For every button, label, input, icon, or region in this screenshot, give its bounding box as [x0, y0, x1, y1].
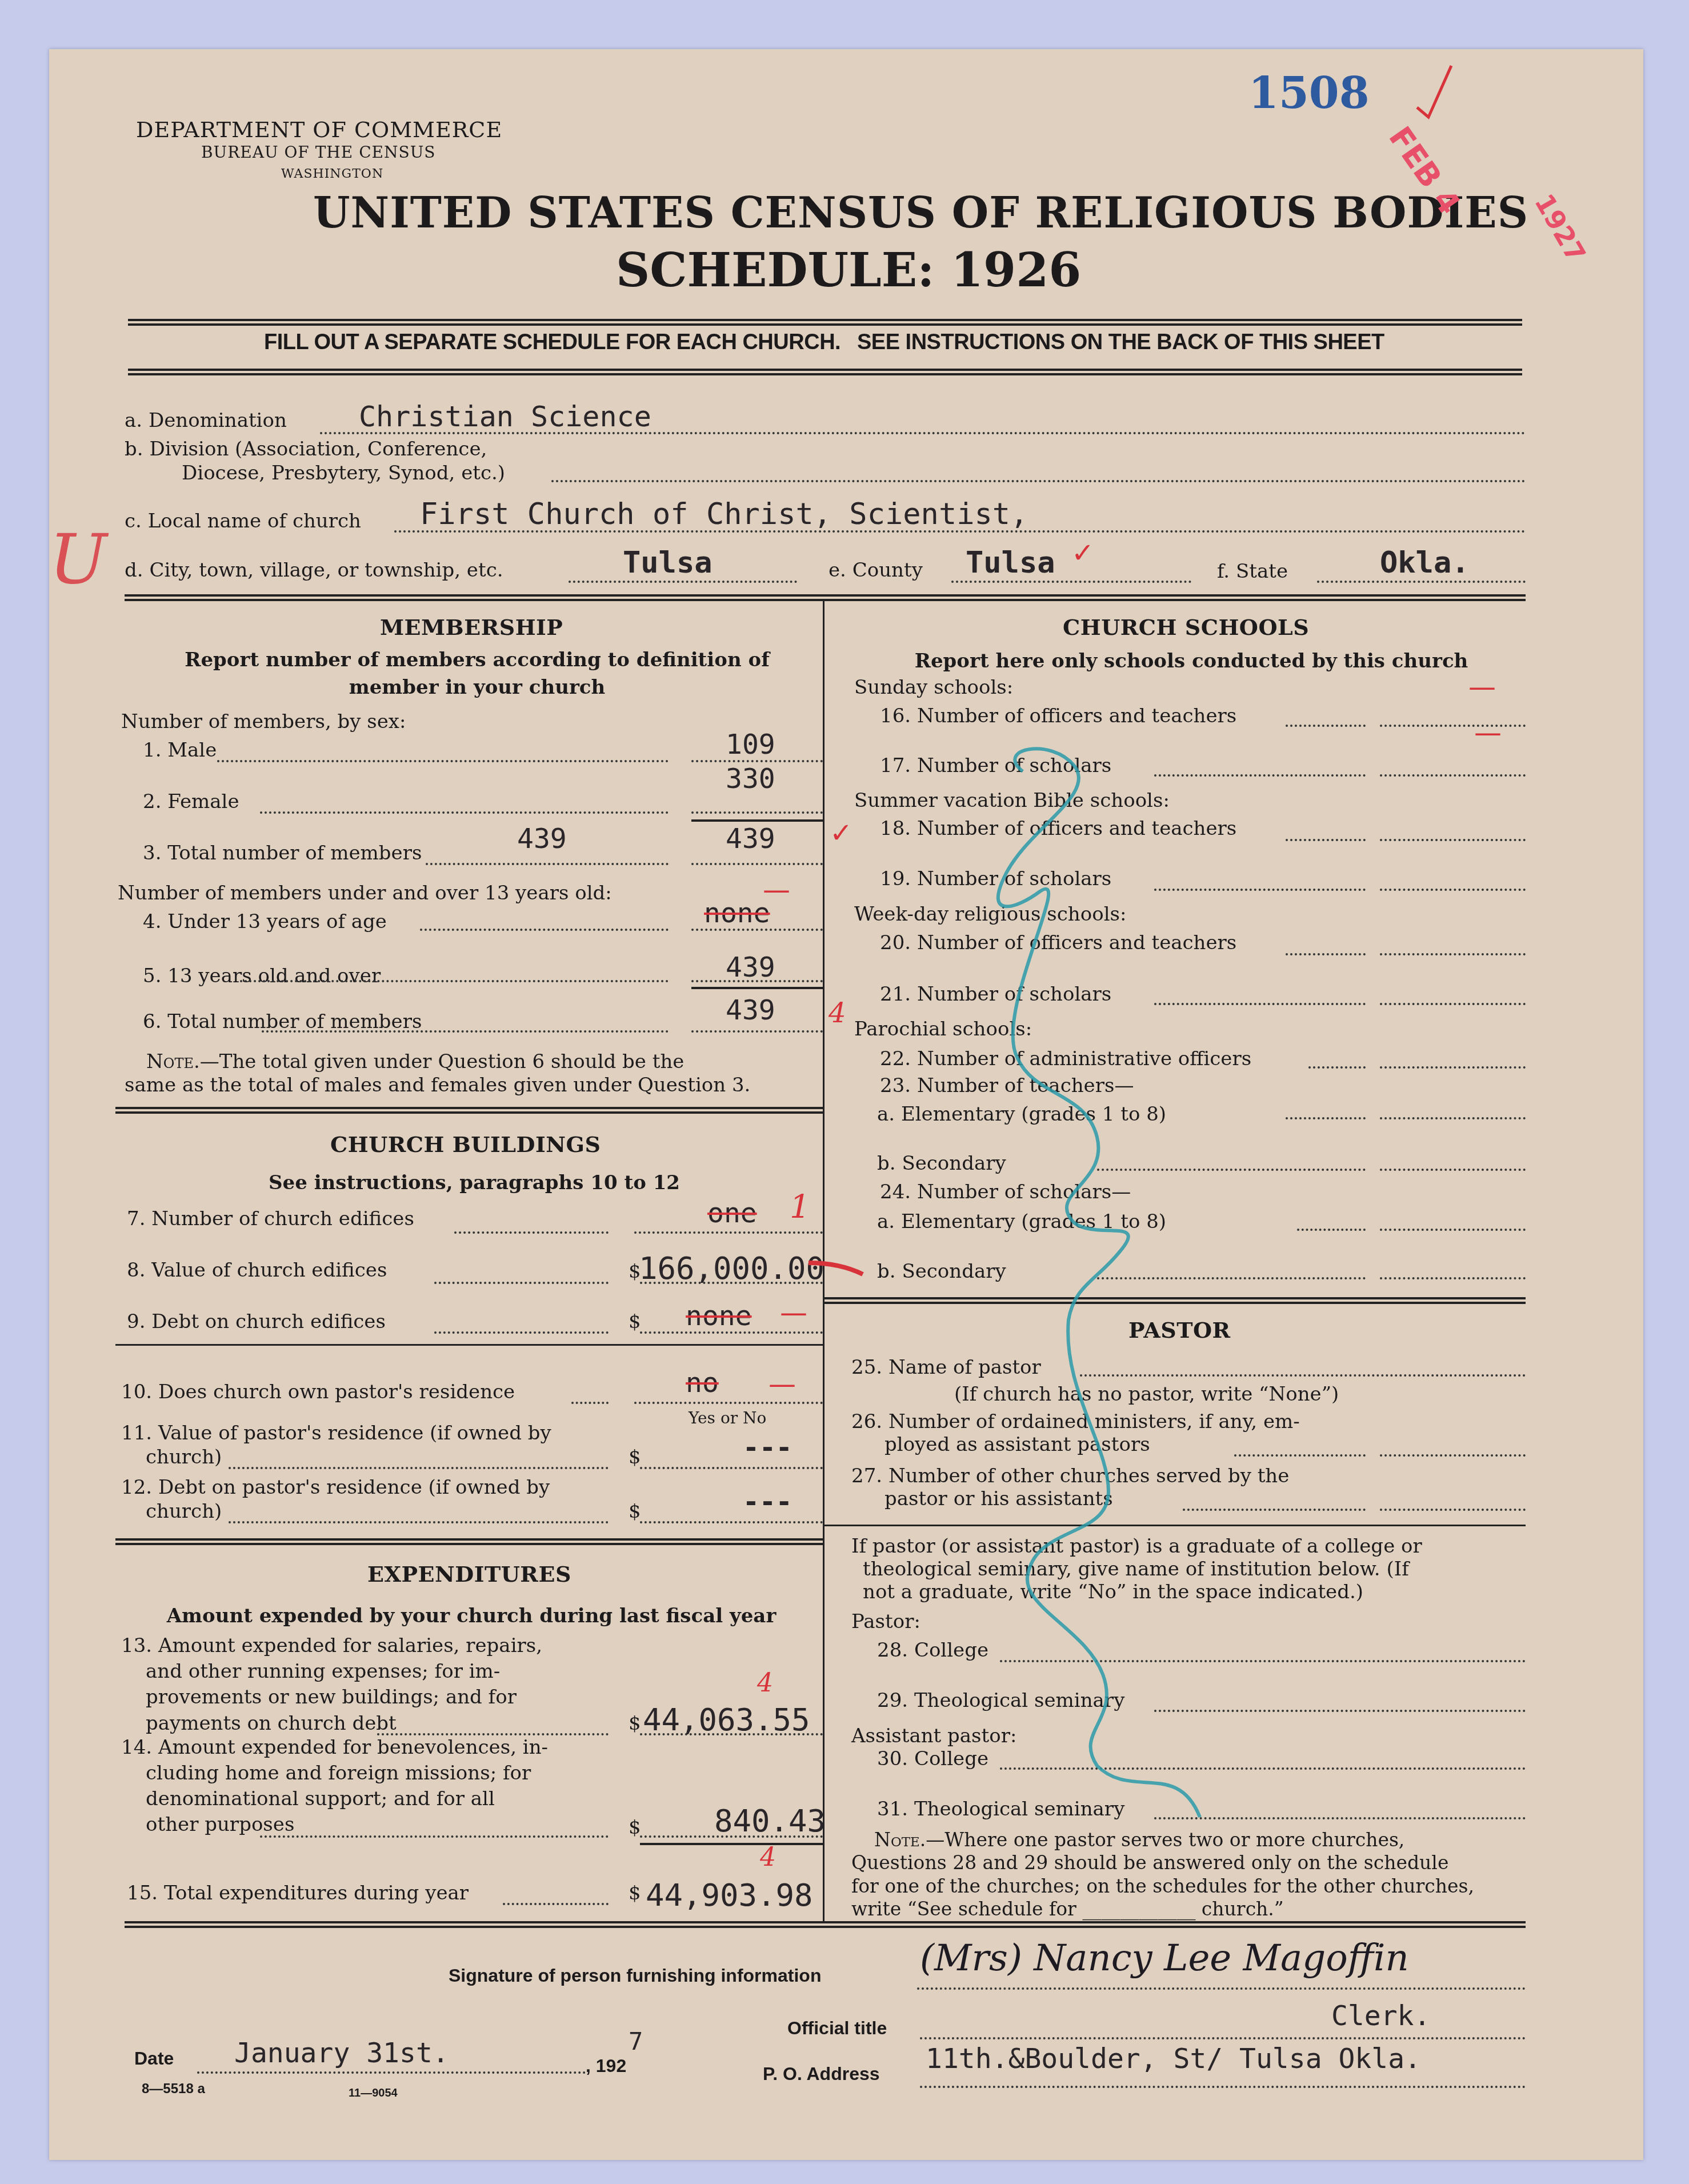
weekday-schools-label: Week-day religious schools:: [854, 904, 1126, 925]
county-check-icon: ✓: [1071, 537, 1094, 569]
assistant-college-label: 30. College: [877, 1749, 988, 1770]
expenditures-heading: EXPENDITURES: [367, 1561, 571, 1587]
banner-instruction-right: SEE INSTRUCTIONS ON THE BACK OF THIS SHE…: [857, 330, 1384, 355]
parochial-schools-label: Parochial schools:: [854, 1019, 1032, 1040]
graduate-instructions-2: theological seminary, give name of insti…: [863, 1559, 1409, 1580]
form-number: 8—5518 a: [142, 2081, 205, 2097]
parochial-teachers-label: 23. Number of teachers—: [880, 1075, 1134, 1097]
edifices-debt-dash-mark: —: [780, 1297, 807, 1329]
edifices-count-label: 7. Number of church edifices: [127, 1209, 414, 1230]
weekday-scholars-field[interactable]: [1380, 1003, 1526, 1005]
edifices-count-field[interactable]: one: [707, 1197, 757, 1229]
edifices-debt-field[interactable]: none: [686, 1300, 752, 1332]
assistant-seminary-label: 31. Theological seminary: [877, 1799, 1124, 1820]
graduate-instructions: If pastor (or assistant pastor) is a gra…: [851, 1536, 1422, 1557]
pastor-note-lead: Note.: [874, 1829, 926, 1851]
official-title-label: Official title: [787, 2018, 887, 2038]
membership-note: Note.—The total given under Question 6 s…: [125, 1050, 810, 1098]
address-label: P. O. Address: [763, 2064, 880, 2084]
assistant-ministers-leader: [1234, 1454, 1366, 1457]
total-expenditures-field[interactable]: 44,903.98: [646, 1877, 813, 1913]
summer-officers-label: 18. Number of officers and teachers: [880, 818, 1236, 839]
total-members-label: 3. Total number of members: [143, 843, 422, 864]
parochial-officers-field[interactable]: [1380, 1066, 1526, 1069]
year-prefix: , 192: [586, 2056, 626, 2076]
pastor-college-field[interactable]: [1000, 1660, 1526, 1662]
sunday-officers-leader: [1286, 725, 1366, 727]
signature-label: Signature of person furnishing informati…: [449, 1966, 821, 1986]
sunday-scholars-leader: [1154, 774, 1366, 777]
membership-heading: MEMBERSHIP: [380, 614, 563, 640]
scholars-secondary-label: b. Secondary: [877, 1261, 1006, 1282]
benevolences-field[interactable]: 840.43: [714, 1803, 826, 1839]
residence-value-leader: [229, 1467, 609, 1469]
over13-field[interactable]: 439: [726, 951, 775, 983]
sunday-scholars-dash-mark: —: [1474, 717, 1502, 749]
county-field-line: [951, 581, 1191, 583]
parochial-officers-leader: [1308, 1066, 1366, 1069]
residence-debt-field[interactable]: ---: [743, 1486, 793, 1518]
document-title: UNITED STATES CENSUS OF RELIGIOUS BODIES: [313, 189, 1528, 238]
county-label: e. County: [829, 560, 923, 581]
pastor-note-text-4: write “See schedule for ____________ chu…: [851, 1898, 1284, 1920]
banner-rule: [128, 369, 1522, 375]
buildings-rule: [115, 1538, 823, 1545]
residence-value-currency: $: [629, 1447, 641, 1468]
benevolences-currency: $: [629, 1817, 641, 1838]
buildings-heading: CHURCH BUILDINGS: [330, 1131, 601, 1157]
residence-own-field[interactable]: no: [686, 1367, 719, 1399]
pastor-college-label: 28. College: [877, 1640, 988, 1661]
pastor-note-text-2: Questions 28 and 29 should be answered o…: [851, 1851, 1448, 1874]
bureau-name: BUREAU OF THE CENSUS: [201, 143, 435, 162]
margin-mark-u: U: [49, 520, 107, 599]
pastor-sub-label: Pastor:: [851, 1611, 920, 1633]
total-by-age-leader: [262, 1030, 669, 1033]
total-members-inline: 439: [517, 823, 567, 855]
female-field-line: [691, 811, 823, 814]
over13-field-line: [691, 980, 823, 982]
other-churches-field[interactable]: [1380, 1509, 1526, 1511]
benevolences-label: 14. Amount expended for benevolences, in…: [121, 1737, 548, 1758]
membership-note-text: —The total given under Question 6 should…: [200, 1050, 685, 1073]
benevolences-label-4: other purposes: [146, 1814, 294, 1835]
assistant-ministers-field[interactable]: [1380, 1454, 1526, 1457]
edifices-debt-label: 9. Debt on church edifices: [127, 1311, 386, 1333]
running-expenses-field[interactable]: 44,063.55: [643, 1702, 810, 1738]
residence-own-label: 10. Does church own pastor's residence: [121, 1382, 515, 1403]
file-number-stamp: 1508: [1248, 67, 1370, 118]
pastor-heading: PASTOR: [1128, 1317, 1231, 1343]
residence-value-label-cont: church): [146, 1447, 222, 1468]
total-members-leader: [426, 863, 669, 865]
pastor-name-hint: (If church has no pastor, write “None”): [954, 1384, 1339, 1405]
assistant-ministers-label-cont: ployed as assistant pastors: [884, 1434, 1150, 1455]
weekday-scholars-label: 21. Number of scholars: [880, 984, 1111, 1005]
teachers-secondary-leader: [1097, 1169, 1366, 1171]
local-name-label: c. Local name of church: [125, 511, 361, 532]
parochial-scholars-label: 24. Number of scholars—: [880, 1182, 1131, 1203]
date-label: Date: [134, 2049, 174, 2069]
edifices-debt-currency: $: [629, 1311, 641, 1333]
pastor-note: Note.—Where one pastor serves two or mor…: [851, 1829, 1528, 1921]
division-field[interactable]: [551, 480, 1526, 482]
scholars-elementary-leader: [1297, 1229, 1366, 1231]
state-label: f. State: [1217, 561, 1288, 582]
edifices-count-leader: [454, 1231, 609, 1234]
residence-value-label: 11. Value of pastor's residence (if owne…: [121, 1423, 551, 1444]
summer-scholars-label: 19. Number of scholars: [880, 869, 1111, 890]
sum-rule: [691, 819, 823, 822]
scholars-elementary-label: a. Elementary (grades 1 to 8): [877, 1211, 1166, 1233]
date-field-line: [197, 2071, 586, 2074]
by-age-label: Number of members under and over 13 year…: [118, 883, 612, 904]
schedule-year: SCHEDULE: 1926: [616, 243, 1081, 298]
total-by-age-field-line: [691, 1030, 823, 1033]
print-code: 11—9054: [349, 2087, 398, 2100]
running-expenses-leader: [377, 1733, 609, 1735]
year-suffix-field[interactable]: 7: [629, 2027, 643, 2055]
sunday-officers-field[interactable]: [1380, 725, 1526, 727]
running-expenses-currency: $: [629, 1713, 641, 1734]
total-expenditures-currency: $: [629, 1883, 641, 1904]
summer-schools-label: Summer vacation Bible schools:: [854, 790, 1170, 811]
scholars-secondary-leader: [1097, 1277, 1366, 1279]
expenditures-sum-rule: [640, 1843, 823, 1845]
total-expenditures-label: 15. Total expenditures during year: [127, 1883, 469, 1904]
local-name-field[interactable]: First Church of Christ, Scientist,: [420, 497, 1028, 531]
residence-own-leader: [571, 1402, 609, 1404]
other-churches-label-cont: pastor or his assistants: [884, 1489, 1113, 1510]
edifices-count-field-line: [634, 1231, 823, 1234]
total-members-field-line: [691, 863, 823, 865]
male-label: 1. Male: [143, 740, 217, 761]
city-field-line: [569, 581, 797, 583]
summer-scholars-field[interactable]: [1380, 889, 1526, 891]
residence-debt-field-line: [640, 1521, 823, 1523]
edifices-value-label: 8. Value of church edifices: [127, 1260, 387, 1281]
schools-subheading: Report here only schools conducted by th…: [857, 650, 1526, 673]
residence-value-field-line: [640, 1467, 823, 1469]
weekday-scholars-leader: [1154, 1003, 1366, 1005]
residence-own-field-line: [634, 1402, 823, 1404]
under13-field-line: [691, 929, 823, 931]
weekday-officers-label: 20. Number of officers and teachers: [880, 933, 1236, 954]
assistant-seminary-field[interactable]: [1154, 1817, 1526, 1819]
date-field[interactable]: January 31st.: [234, 2037, 449, 2069]
under13-field[interactable]: none: [704, 897, 770, 929]
weekday-officers-field[interactable]: [1380, 953, 1526, 955]
pastor-note-text: —Where one pastor serves two or more chu…: [926, 1829, 1404, 1851]
denomination-label: a. Denomination: [125, 410, 287, 431]
female-leader: [260, 811, 669, 814]
signature-field-line: [917, 1987, 1526, 1990]
identification-rule: [125, 594, 1526, 601]
pastor-seminary-field[interactable]: [1154, 1710, 1526, 1712]
teachers-secondary-field[interactable]: [1380, 1169, 1526, 1171]
edifices-value-leader: [434, 1282, 609, 1284]
total-by-age-label: 6. Total number of members: [143, 1011, 422, 1033]
header-rule: [128, 319, 1522, 326]
membership-subheading-cont: member in your church: [174, 676, 780, 699]
official-title-field-line: [920, 2037, 1526, 2039]
residence-own-dash-mark: —: [769, 1369, 796, 1401]
pastor-name-field[interactable]: [1080, 1374, 1526, 1377]
other-churches-leader: [1183, 1509, 1366, 1511]
running-expenses-label: 13. Amount expended for salaries, repair…: [121, 1635, 542, 1657]
benevolences-label-2: cluding home and foreign missions; for: [146, 1763, 531, 1784]
total-expenditures-leader: [503, 1903, 609, 1905]
total-by-age-field[interactable]: 439: [726, 994, 775, 1026]
pastor-note-text-3: for one of the churches; on the schedule…: [851, 1875, 1474, 1897]
city-label: d. City, town, village, or township, etc…: [125, 560, 503, 581]
total-by-age-mark: 4: [829, 997, 846, 1029]
sunday-officers-label: 16. Number of officers and teachers: [880, 706, 1236, 727]
sunday-scholars-label: 17. Number of scholars: [880, 755, 1111, 777]
weekday-officers-leader: [1286, 953, 1366, 955]
denomination-field[interactable]: Christian Science: [359, 400, 651, 433]
city-field[interactable]: Tulsa: [623, 546, 713, 580]
total-members-field[interactable]: 439: [726, 823, 775, 855]
expenditures-subheading: Amount expended by your church during la…: [160, 1605, 783, 1627]
official-title-field[interactable]: Clerk.: [1331, 2000, 1430, 2032]
edifices-value-field[interactable]: 166,000.00: [639, 1250, 825, 1286]
signature-field[interactable]: (Mrs) Nancy Lee Magoffin: [920, 1937, 1409, 1979]
buildings-subheading: See instructions, paragraphs 10 to 12: [171, 1171, 777, 1194]
female-field[interactable]: 330: [726, 763, 775, 795]
by-sex-label: Number of members, by sex:: [121, 711, 406, 733]
running-expenses-label-3: provements or new buildings; and for: [146, 1687, 517, 1708]
running-expenses-label-4: payments on church debt: [146, 1713, 397, 1734]
address-field-line: [920, 2086, 1526, 2088]
edifices-count-mark: 1: [790, 1189, 810, 1226]
age-sum-rule: [691, 987, 823, 989]
state-field-line: [1317, 581, 1526, 583]
residence-debt-leader: [229, 1521, 609, 1523]
summer-officers-field[interactable]: [1380, 839, 1526, 841]
parochial-officers-label: 22. Number of administrative officers: [880, 1049, 1251, 1070]
division-label-cont: Diocese, Presbytery, Synod, etc.): [182, 463, 505, 484]
over13-label: 5. 13 years old and over: [143, 966, 381, 987]
residence-debt-label-cont: church): [146, 1501, 222, 1522]
pastor-rule: [825, 1525, 1526, 1526]
under13-leader: [420, 929, 669, 931]
teachers-elementary-leader: [1286, 1117, 1366, 1119]
pastor-seminary-label: 29. Theological seminary: [877, 1690, 1124, 1711]
under13-label: 4. Under 13 years of age: [143, 911, 387, 933]
yes-or-no-hint: Yes or No: [689, 1409, 766, 1427]
sunday-scholars-field[interactable]: [1380, 774, 1526, 777]
male-field[interactable]: 109: [726, 729, 775, 761]
banner-instruction-left: FILL OUT A SEPARATE SCHEDULE FOR EACH CH…: [264, 330, 841, 355]
assistant-college-field[interactable]: [1000, 1767, 1526, 1770]
teachers-elementary-label: a. Elementary (grades 1 to 8): [877, 1104, 1166, 1125]
schools-heading: CHURCH SCHOOLS: [1063, 614, 1309, 640]
bureau-city: WASHINGTON: [281, 167, 383, 181]
running-expenses-correction: 4: [757, 1669, 773, 1698]
benevolences-label-3: denominational support; and for all: [146, 1789, 495, 1810]
total-check-icon: ✓: [830, 817, 852, 849]
residence-debt-currency: $: [629, 1501, 641, 1522]
total-expenditures-correction: 4: [760, 1843, 776, 1872]
residence-value-field[interactable]: ---: [743, 1431, 793, 1463]
male-leader: [217, 760, 669, 762]
scholars-elementary-field[interactable]: [1380, 1229, 1526, 1231]
scholars-secondary-field[interactable]: [1380, 1277, 1526, 1279]
division-label: b. Division (Association, Conference,: [125, 439, 487, 460]
membership-note-text-cont: same as the total of males and females g…: [125, 1074, 750, 1097]
teachers-secondary-label: b. Secondary: [877, 1153, 1006, 1174]
over13-leader: [240, 980, 669, 982]
residence-debt-label: 12. Debt on pastor's residence (if owned…: [121, 1477, 550, 1498]
membership-rule: [115, 1107, 823, 1114]
bottom-rule: [125, 1921, 1526, 1928]
assistant-ministers-label: 26. Number of ordained ministers, if any…: [851, 1411, 1300, 1433]
assistant-pastor-label: Assistant pastor:: [851, 1726, 1016, 1747]
state-field[interactable]: Okla.: [1380, 546, 1470, 580]
other-churches-label: 27. Number of other churches served by t…: [851, 1466, 1289, 1487]
sunday-schools-label: Sunday schools:: [854, 677, 1013, 698]
sunday-officers-dash-mark: —: [1468, 671, 1496, 703]
benevolences-leader: [260, 1835, 609, 1838]
county-field[interactable]: Tulsa: [966, 546, 1055, 580]
edifices-debt-leader: [434, 1331, 609, 1334]
graduate-instructions-3: not a graduate, write “No” in the space …: [863, 1582, 1363, 1603]
schools-rule: [825, 1297, 1526, 1304]
edifices-rule: [115, 1344, 823, 1346]
female-label: 2. Female: [143, 791, 239, 813]
department-name: DEPARTMENT OF COMMERCE: [136, 117, 502, 142]
membership-subheading: Report number of members according to de…: [174, 649, 780, 671]
address-field[interactable]: 11th.&Boulder, St/ Tulsa Okla.: [926, 2043, 1421, 2075]
summer-scholars-leader: [1154, 889, 1366, 891]
pastor-name-label: 25. Name of pastor: [851, 1357, 1041, 1378]
teachers-elementary-field[interactable]: [1380, 1117, 1526, 1119]
membership-note-lead: Note.: [146, 1050, 200, 1073]
running-expenses-label-2: and other running expenses; for im-: [146, 1661, 500, 1682]
summer-officers-leader: [1286, 839, 1366, 841]
